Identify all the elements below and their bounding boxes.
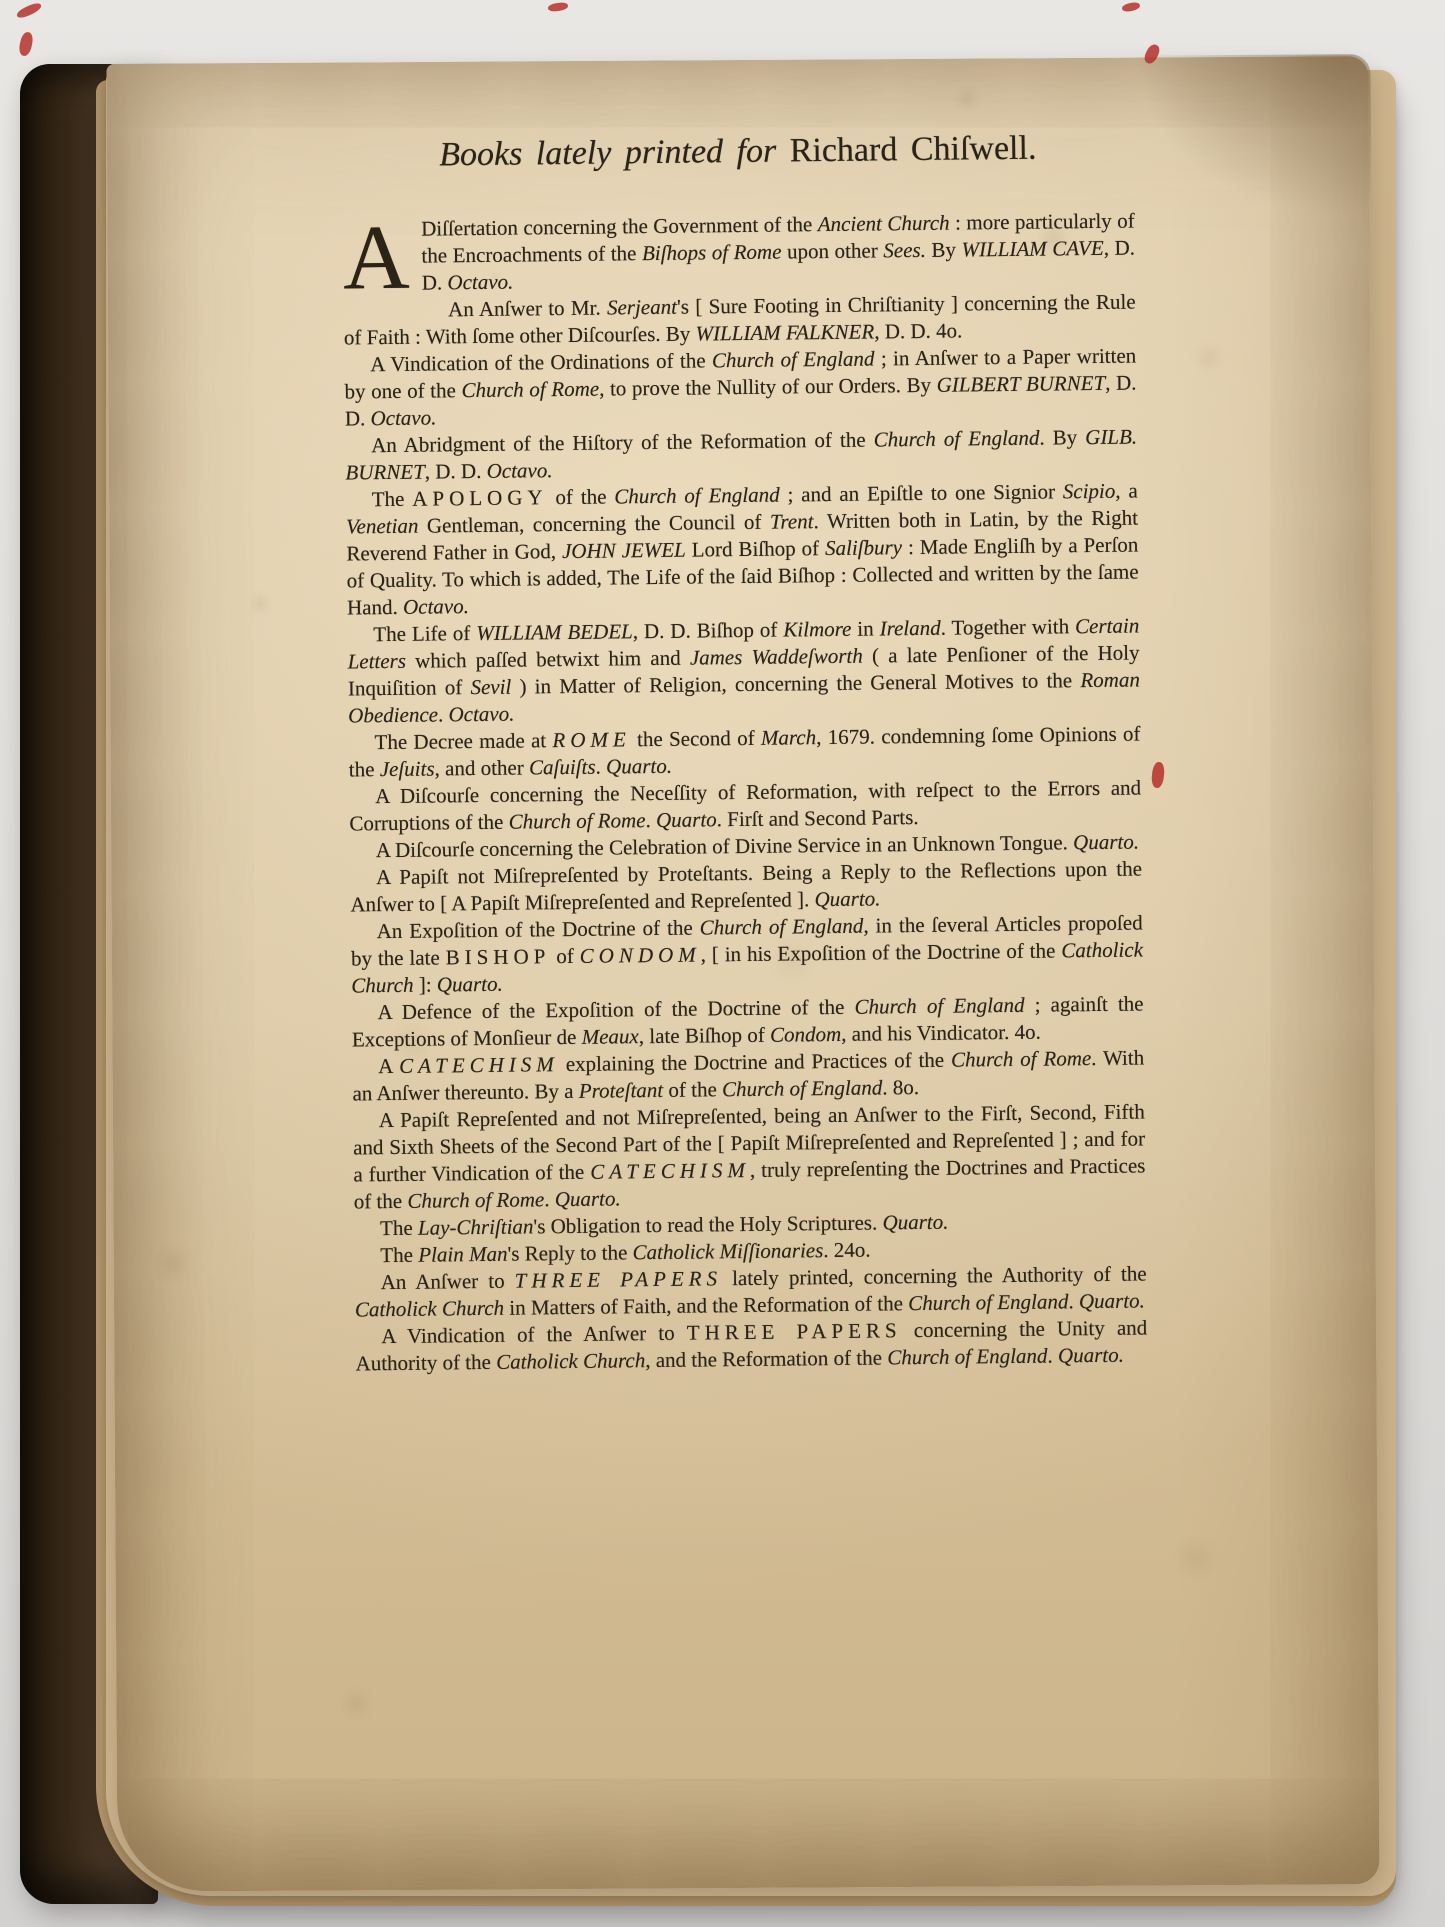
text-segment: Church of England <box>614 483 780 509</box>
text-segment: Ancient Church <box>818 211 950 236</box>
text-segment: . Firſt and Second Parts. <box>717 805 919 831</box>
text-segment: Quarto. <box>437 972 503 997</box>
text-segment: An Anſwer to <box>381 1269 515 1295</box>
book-entry: A Vindication of the Anſwer to THREE PAP… <box>355 1314 1148 1377</box>
text-segment: The <box>372 487 413 511</box>
text-segment: THREE PAPERS <box>515 1266 723 1292</box>
text-segment: Scipio <box>1063 479 1116 504</box>
book-entry: An Anſwer to Mr. Serjeant's [ Sure Footi… <box>343 289 1136 352</box>
text-segment: BISHOP <box>446 944 551 969</box>
text-segment: A Defence of the Expoſition of the Doctr… <box>377 995 854 1024</box>
text-segment: Quarto <box>656 807 717 832</box>
text-segment: ; and an Epiſtle to one Signior <box>780 479 1063 506</box>
text-segment: , D. D. <box>425 459 487 484</box>
text-segment: Quarto. <box>606 754 672 779</box>
text-segment: JOHN JEWEL <box>562 538 686 563</box>
text-segment: . By <box>1039 425 1085 450</box>
text-segment: . Together with <box>941 614 1076 640</box>
text-segment: Church of England <box>854 993 1024 1019</box>
text-segment: . 24o. <box>823 1238 871 1263</box>
text-segment: ]: <box>413 972 437 996</box>
text-segment: An Abridgment of the Hiſtory of the Refo… <box>371 428 874 458</box>
book-entry: The Decree made at ROME the Second of Ma… <box>348 720 1141 783</box>
book-entry: A Papiſt not Miſrepreſented by Proteſtan… <box>350 855 1143 918</box>
text-segment: Catholick Church <box>496 1348 645 1374</box>
text-segment: Biſhops of Rome <box>642 240 782 266</box>
text-segment: Octavo. <box>487 458 553 483</box>
text-segment: the Second of <box>631 726 761 751</box>
text-segment: Church of Rome <box>509 808 646 834</box>
foxing-spots <box>106 64 107 65</box>
text-segment: 's Obligation to read the Holy Scripture… <box>533 1210 882 1238</box>
text-segment: Octavo. <box>370 405 436 430</box>
text-segment: Meaux <box>582 1024 639 1049</box>
text-segment: WILLIAM BEDEL <box>476 619 633 645</box>
text-segment: in <box>851 616 880 640</box>
text-segment: Richard Chiſwell. <box>790 130 1037 170</box>
book-list: ADiſſertation concerning the Government … <box>343 208 1148 1378</box>
text-segment: in Matters of Faith, and the Reformation… <box>504 1291 908 1320</box>
text-segment: Sees. <box>883 238 926 262</box>
text-segment: Quarto. <box>882 1210 948 1235</box>
text-segment: which paſſed betwixt him and <box>406 646 690 673</box>
book-entry: An Expoſition of the Doctrine of the Chu… <box>351 909 1144 999</box>
text-segment: James Waddeſworth <box>690 644 863 670</box>
text-segment: CATECHISM <box>590 1158 750 1184</box>
text-segment: Church of Rome <box>461 377 599 403</box>
book-entry: An Abridgment of the Hiſtory of the Refo… <box>345 424 1138 487</box>
text-segment: An Anſwer to Mr. <box>448 296 607 322</box>
text-segment: Church of England <box>712 346 875 372</box>
text-segment: The <box>380 1216 418 1240</box>
text-segment: A <box>378 1054 399 1078</box>
book-entry: A Vindication of the Ordinations of the … <box>344 343 1137 433</box>
text-segment: . <box>595 755 606 779</box>
text-segment: Church of England <box>873 426 1039 452</box>
text-segment: Caſuiſts <box>529 755 596 780</box>
page-title: Books lately printed for Richard Chiſwel… <box>342 126 1134 179</box>
text-segment: Church of England <box>700 914 864 940</box>
text-segment: Kilmore <box>783 617 851 642</box>
text-segment: Sevil <box>470 675 511 699</box>
text-segment: , D. D. 4o. <box>874 318 962 343</box>
photo-background: Books lately printed for Richard Chiſwel… <box>0 0 1445 1927</box>
text-segment: Plain Man <box>418 1242 508 1267</box>
red-mark <box>1121 1 1140 13</box>
book-entry: The Life of WILLIAM BEDEL, D. D. Biſhop … <box>347 613 1140 730</box>
text-segment: . <box>544 1187 555 1211</box>
page-corner-shadow <box>1120 54 1371 226</box>
text-segment: Octavo. <box>448 702 514 727</box>
text-segment: Proteſtant <box>579 1078 664 1103</box>
text-segment: Books lately printed for <box>439 132 790 173</box>
text-segment: Catholick Church <box>355 1296 504 1322</box>
text-segment: . <box>645 808 656 832</box>
text-segment: Church of England <box>887 1344 1047 1370</box>
text-segment: , D. D. Biſhop of <box>633 618 784 644</box>
text-segment: upon other <box>781 238 883 263</box>
text-segment: Church of England <box>908 1289 1068 1315</box>
text-segment: of the <box>547 484 614 509</box>
text-segment: . <box>438 702 449 726</box>
text-segment: Quarto. <box>814 886 880 911</box>
text-segment: The Decree made at <box>374 728 552 754</box>
text-segment: of the <box>663 1077 722 1102</box>
text-segment: March <box>761 725 816 750</box>
text-segment: THREE PAPERS <box>687 1318 902 1344</box>
text-segment: . 8o. <box>882 1075 919 1099</box>
text-segment: Church of Rome <box>407 1187 544 1213</box>
drop-cap: A <box>343 220 410 299</box>
book-page: Books lately printed for Richard Chiſwel… <box>106 56 1379 1892</box>
text-segment: . <box>1068 1289 1079 1313</box>
book-entry: A Defence of the Expoſition of the Doctr… <box>351 990 1144 1053</box>
text-segment: 's Reply to the <box>507 1240 632 1265</box>
text-segment: , and his Vindicator. 4o. <box>841 1020 1041 1046</box>
book-entry: A Diſcourſe concerning the Neceſſity of … <box>349 774 1142 837</box>
text-segment: Trent <box>770 509 814 533</box>
text-segment: WILLIAM CAVE <box>961 236 1103 262</box>
text-segment: Octavo. <box>403 594 469 619</box>
text-segment: , and the Reformation of the <box>645 1345 887 1372</box>
text-segment: An Expoſition of the Doctrine of the <box>377 916 700 944</box>
text-segment: The <box>380 1243 418 1267</box>
text-segment: Saliſbury <box>825 535 902 560</box>
text-segment: The Life of <box>373 621 476 646</box>
text-segment: , a <box>1115 479 1138 503</box>
book-entry: ADiſſertation concerning the Government … <box>343 208 1136 298</box>
text-block: Books lately printed for Richard Chiſwel… <box>342 118 1148 1378</box>
text-segment: WILLIAM FALKNER <box>695 319 874 345</box>
book-entry: The APOLOGY of the Church of England ; a… <box>346 478 1139 622</box>
red-mark <box>18 31 35 57</box>
text-segment: Church of England <box>722 1075 882 1101</box>
text-segment: , to prove the Nullity of our Orders. By <box>599 373 937 401</box>
text-segment: A Papiſt not Miſrepreſented by Proteſtan… <box>350 856 1142 916</box>
text-segment: CATECHISM <box>399 1052 559 1078</box>
text-segment: of <box>550 944 580 968</box>
book-entry: An Anſwer to THREE PAPERS lately printed… <box>355 1260 1148 1323</box>
text-segment: Quarto. <box>1079 1288 1145 1313</box>
text-segment: Octavo. <box>447 270 513 295</box>
text-segment: Church of Rome <box>951 1046 1091 1072</box>
text-segment: ROME <box>552 727 631 752</box>
text-segment: A Vindication of the Anſwer to <box>381 1321 687 1348</box>
text-segment: ) in Matter of Religion, concerning the … <box>511 668 1080 698</box>
text-segment: Lay-Chriſtian <box>418 1214 534 1239</box>
text-segment: Catholick Miſſionaries <box>632 1238 823 1264</box>
text-segment: By <box>926 237 962 261</box>
text-segment: , [ in his Expoſition of the Doctrine of… <box>701 938 1062 966</box>
text-segment: lately printed, concerning the Authority… <box>722 1261 1147 1290</box>
book-entry: A Papiſt Repreſented and not Miſrepreſen… <box>353 1098 1146 1215</box>
text-segment: Jeſuits <box>380 757 435 782</box>
text-segment: , and other <box>434 755 529 780</box>
text-segment: Condom <box>770 1022 841 1047</box>
text-segment: Ireland <box>879 616 940 641</box>
text-segment: explaining the Doctrine and Practices of… <box>559 1048 951 1076</box>
text-segment: Quarto. <box>1058 1343 1124 1368</box>
text-segment: GILBERT BURNET <box>936 371 1105 397</box>
text-segment: , late Biſhop of <box>639 1023 770 1048</box>
text-segment: Diſſertation concerning the Government o… <box>421 212 818 240</box>
text-segment: Gentleman, concerning the Council of <box>418 510 770 538</box>
text-segment: Serjeant <box>607 295 677 320</box>
text-segment: APOLOGY <box>412 485 548 511</box>
red-mark <box>15 1 42 20</box>
red-mark <box>548 2 569 13</box>
text-segment: Venetian <box>346 514 419 539</box>
text-segment: Quarto. <box>555 1186 621 1211</box>
text-segment: Quarto. <box>1073 830 1139 855</box>
text-segment: Lord Biſhop of <box>686 536 826 562</box>
text-segment: CONDOM <box>580 942 701 967</box>
text-segment: A Vindication of the Ordinations of the <box>370 348 712 376</box>
book-entry: A CATECHISM explaining the Doctrine and … <box>352 1044 1145 1107</box>
